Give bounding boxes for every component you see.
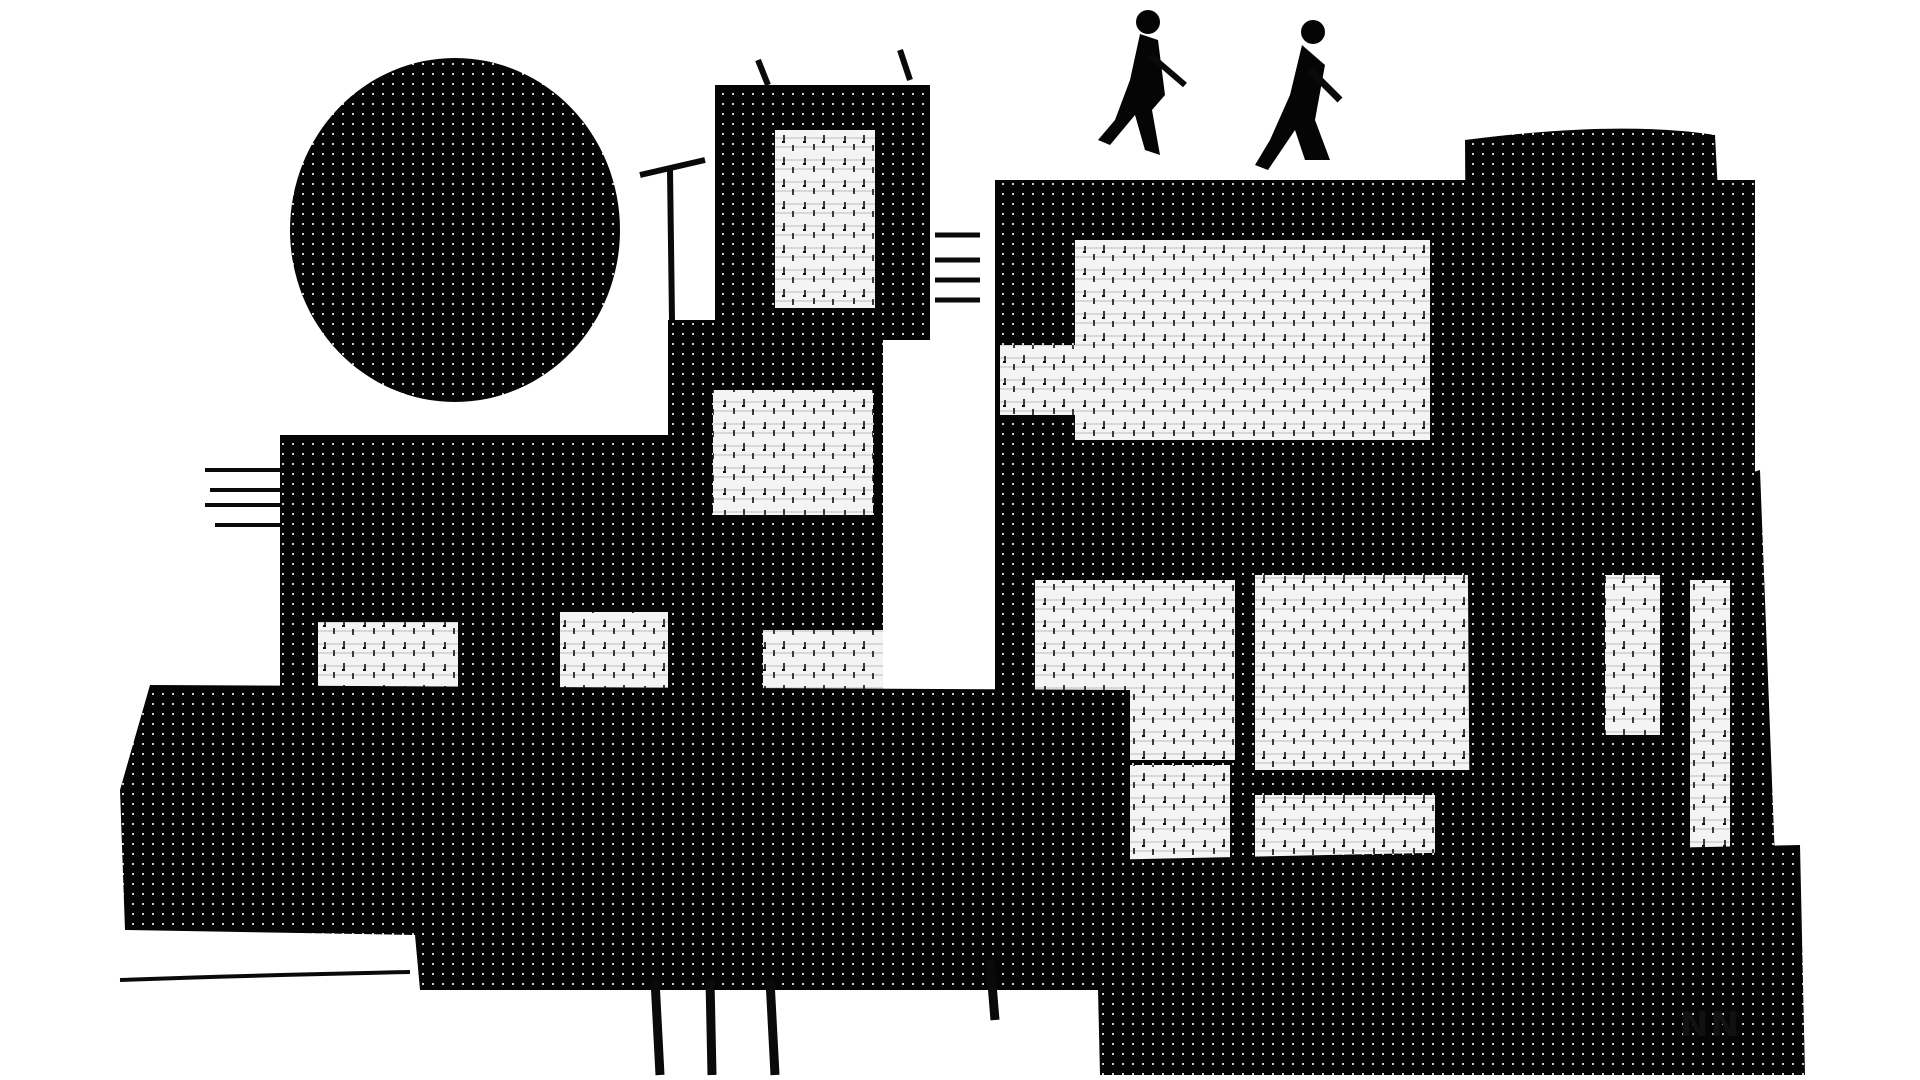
- man-walking-icon: [1255, 20, 1340, 170]
- pole: [640, 160, 705, 320]
- sun-shape: [290, 58, 620, 402]
- woman-walking-icon: [1098, 10, 1185, 155]
- roof-figures: [1098, 10, 1340, 170]
- tower: [715, 50, 930, 340]
- ink-illustration: [0, 0, 1920, 1080]
- signature: NN: [1680, 1005, 1741, 1045]
- ladder: [935, 235, 980, 300]
